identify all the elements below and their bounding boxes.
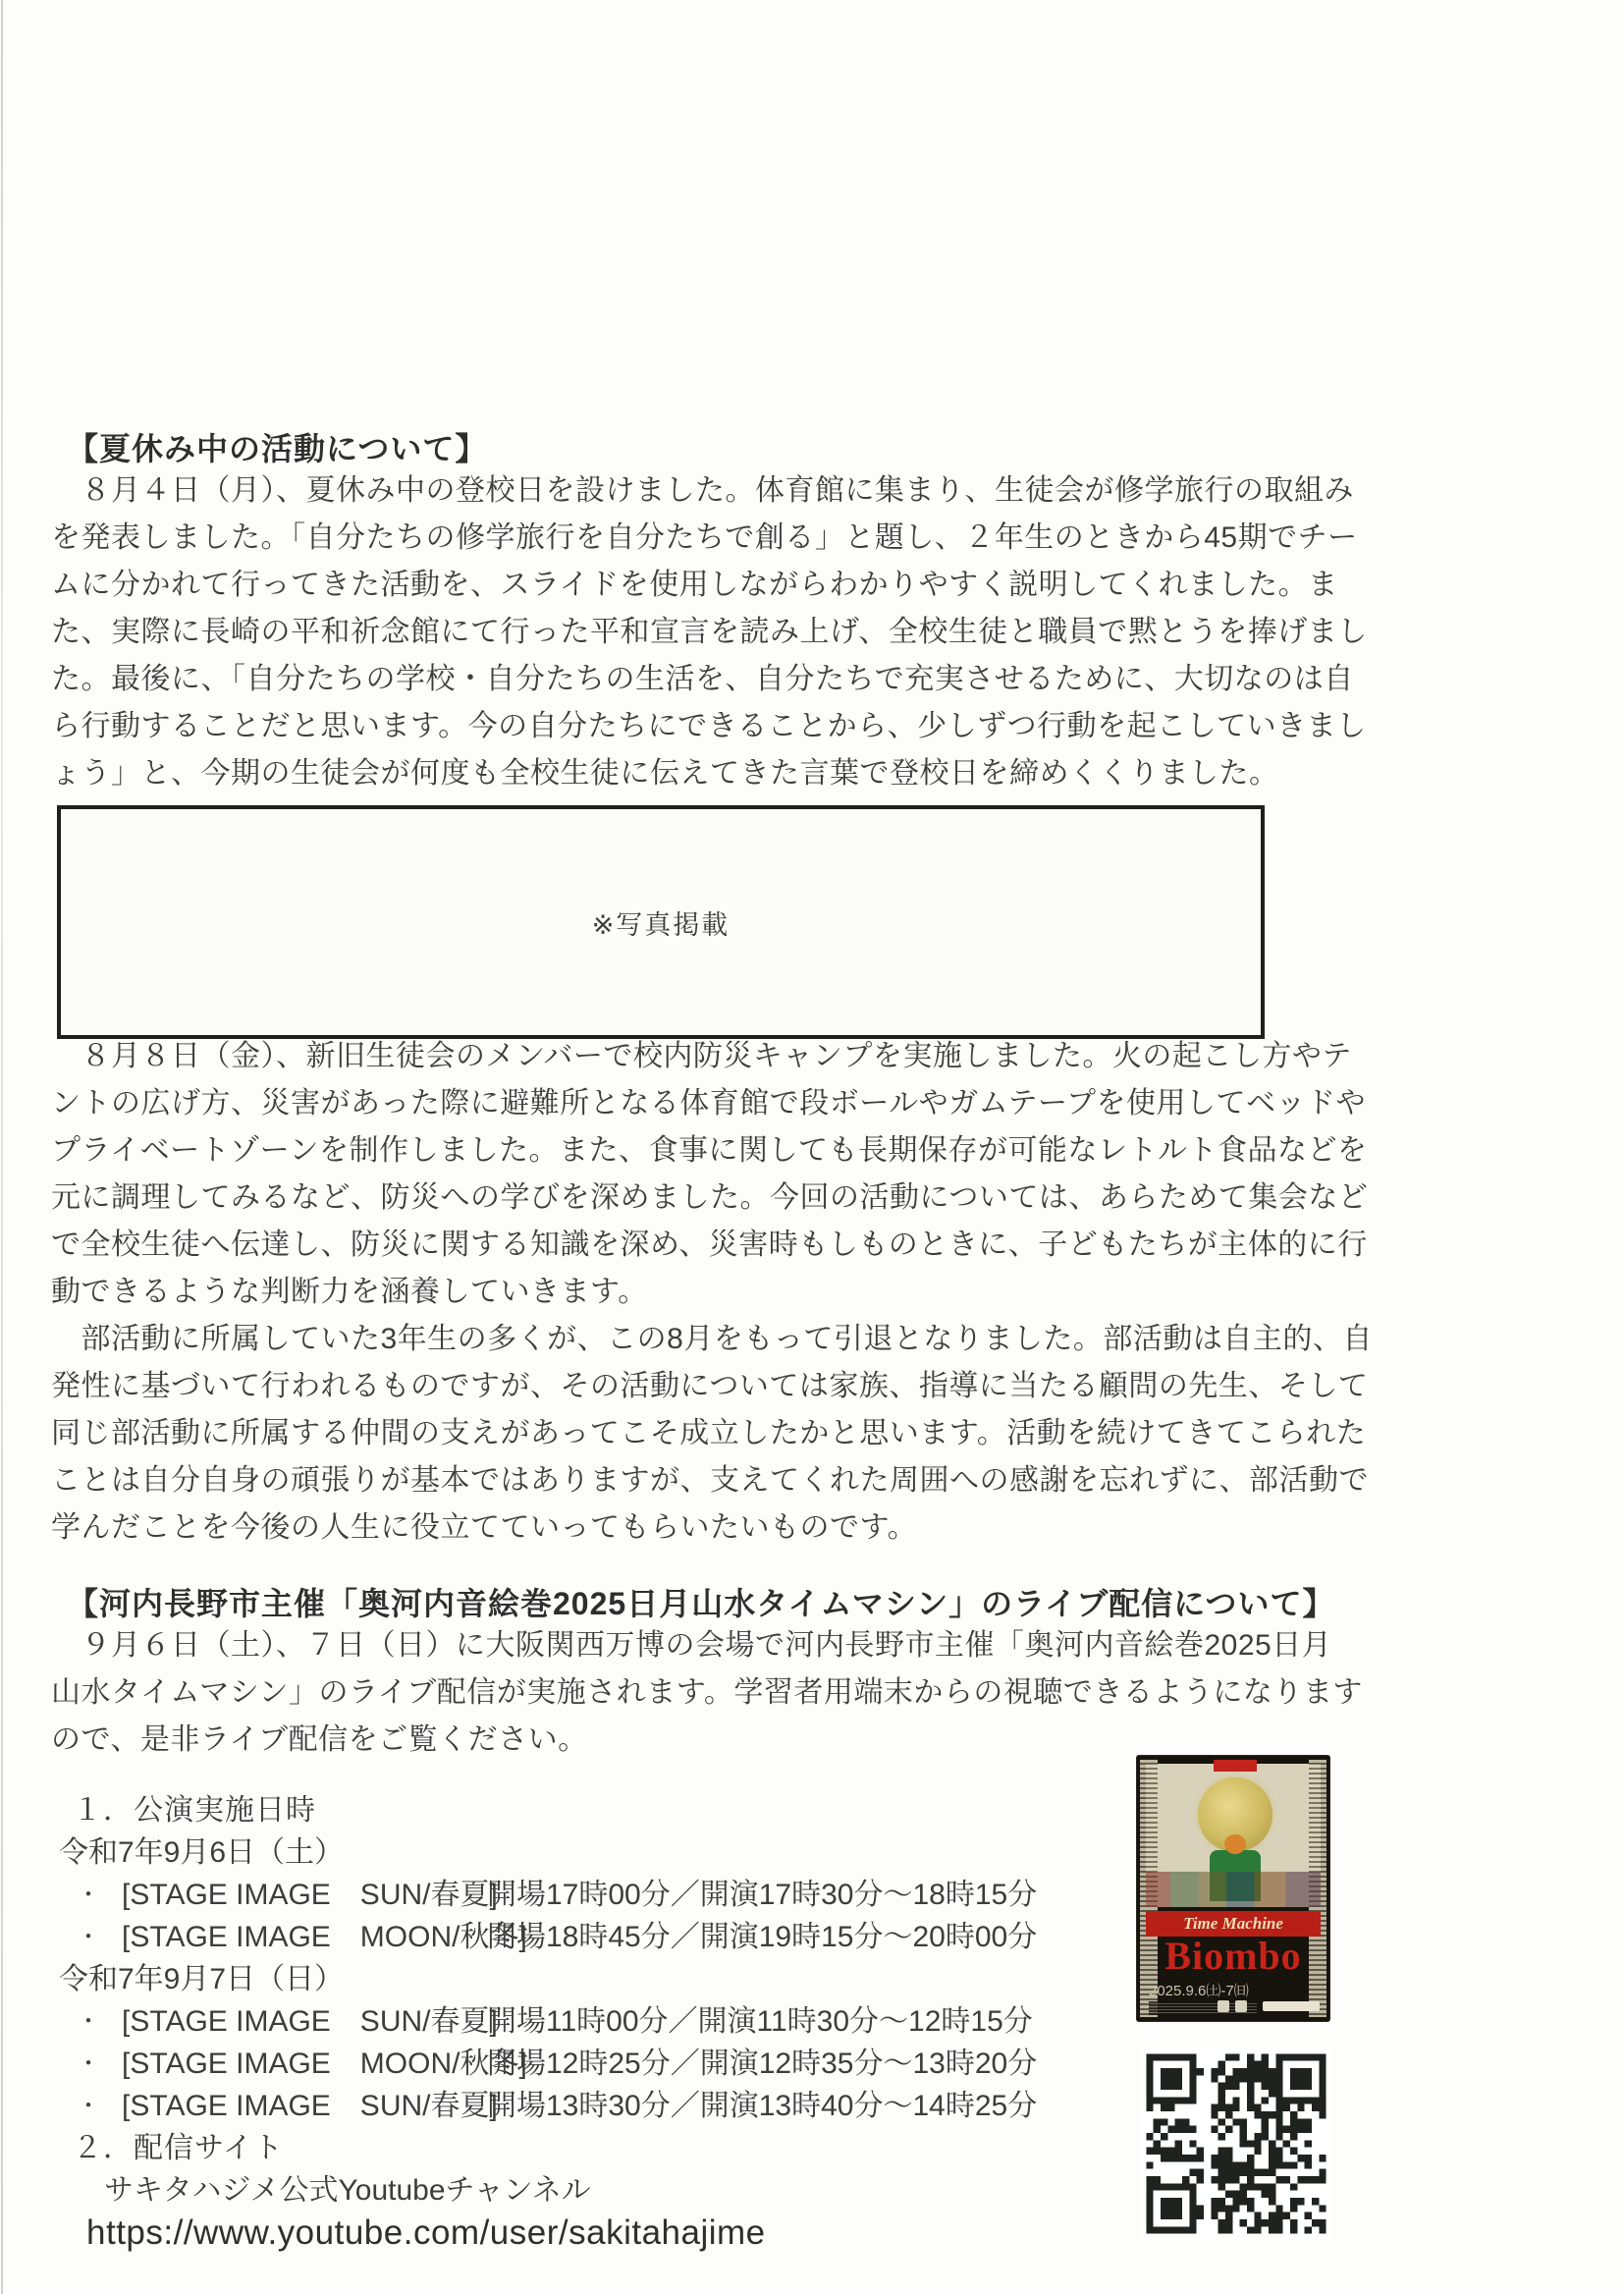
text-line: ことは自分自身の頑張りが基本ではありますが、支えてくれた周囲への感謝を忘れずに、… xyxy=(51,1457,1583,1504)
text-line: ８月８日（金）、新旧生徒会のメンバーで校内防災キャンプを実施しました。火の起こし… xyxy=(51,1033,1583,1080)
text-line: た。最後に、「自分たちの学校・自分たちの生活を、自分たちで充実させるために、大切… xyxy=(51,656,1583,703)
youtube-channel-url: https://www.youtube.com/user/sakitahajim… xyxy=(57,2212,1137,2254)
bullet-icon: ・ xyxy=(57,1874,122,1916)
show-time: 開場11時00分／開演11時30分～12時15分 xyxy=(487,2000,1033,2043)
scan-edge-artifact xyxy=(1,0,3,2294)
paragraph-school-day: ８月４日（月）、夏休み中の登校日を設けました。体育館に集まり、生徒会が修学旅行の… xyxy=(51,467,1583,797)
schedule-item1-title: １．公演実施日時 xyxy=(57,1789,1137,1831)
photo-placeholder-box: ※写真掲載 xyxy=(57,805,1265,1039)
show-time: 開場13時30分／開演13時40分～14時25分 xyxy=(487,2085,1037,2127)
text-line: ら行動することだと思います。今の自分たちにできることから、少しずつ行動を起こして… xyxy=(51,703,1583,750)
schedule-item2-title: ２．配信サイト xyxy=(57,2127,1137,2169)
poster-date: 2025.9.6㈯-7㈰ xyxy=(1149,1980,1249,2000)
text-line: 学んだことを今後の人生に役立てていってもらいたいものです。 xyxy=(51,1504,1583,1552)
text-line: 部活動に所属していた3年生の多くが、この8月をもって引退となりました。部活動は自… xyxy=(51,1316,1583,1363)
paragraph-live-stream-intro: ９月６日（土）、７日（日）に大阪関西万博の会場で河内長野市主催「奥河内音絵巻20… xyxy=(51,1622,1583,1764)
show-label: [STAGE IMAGE MOON/秋冬] xyxy=(122,1916,487,1958)
text-line: プライベートゾーンを制作しました。また、食事に関しても長期保存が可能なレトルト食… xyxy=(51,1127,1583,1174)
text-line: ょう」と、今期の生徒会が何度も全校生徒に伝えてきた言葉で登校日を締めくくりました… xyxy=(51,750,1583,797)
poster-logo-pill xyxy=(1263,2001,1320,2011)
show-time: 開場12時25分／開演12時35分～13時20分 xyxy=(487,2043,1037,2085)
text-line: ９月６日（土）、７日（日）に大阪関西万博の会場で河内長野市主催「奥河内音絵巻20… xyxy=(51,1622,1583,1669)
poster-logo-dot xyxy=(1235,2000,1247,2012)
schedule-day1: 令和7年9月6日（土） xyxy=(57,1831,1137,1874)
schedule-show-row: ・ [STAGE IMAGE SUN/春夏] 開場13時30分／開演13時40分… xyxy=(57,2085,1137,2127)
text-line: 同じ部活動に所属する仲間の支えがあってこそ成立したかと思います。活動を続けてきて… xyxy=(51,1410,1583,1457)
qr-code xyxy=(1139,2047,1333,2241)
show-label: [STAGE IMAGE SUN/春夏] xyxy=(122,2085,487,2127)
show-time: 開場18時45分／開演19時15分～20時00分 xyxy=(487,1916,1037,1958)
schedule-show-row: ・ [STAGE IMAGE SUN/春夏] 開場11時00分／開演11時30分… xyxy=(57,2000,1137,2043)
show-label: [STAGE IMAGE SUN/春夏] xyxy=(122,1874,487,1916)
schedule-day2: 令和7年9月7日（日） xyxy=(57,1958,1137,2000)
performer-head xyxy=(1224,1834,1246,1854)
paragraph-disaster-camp: ８月８日（金）、新旧生徒会のメンバーで校内防災キャンプを実施しました。火の起こし… xyxy=(51,1033,1583,1316)
bullet-icon: ・ xyxy=(57,2000,122,2043)
schedule-show-row: ・ [STAGE IMAGE MOON/秋冬] 開場12時25分／開演12時35… xyxy=(57,2043,1137,2085)
poster-red-tag xyxy=(1214,1760,1257,1772)
poster-crowd-strip xyxy=(1146,1872,1321,1907)
text-line: 山水タイムマシン」のライブ配信が実施されます。学習者用端末からの視聴できるように… xyxy=(51,1669,1583,1717)
text-line: ムに分かれて行ってきた活動を、スライドを使用しながらわかりやすく説明してくれまし… xyxy=(51,562,1583,609)
performance-schedule: １．公演実施日時 令和7年9月6日（土） ・ [STAGE IMAGE SUN/… xyxy=(57,1789,1137,2254)
section-heading-summer-activities: 【夏休み中の活動について】 xyxy=(67,424,487,469)
text-line: 動できるような判断力を涵養していきます。 xyxy=(51,1269,1583,1316)
text-line: 発性に基づいて行われるものですが、その活動については家族、指導に当たる顧問の先生… xyxy=(51,1363,1583,1410)
photo-placeholder-label: ※写真掲載 xyxy=(592,903,731,942)
text-line: た、実際に長崎の平和祈念館にて行った平和宣言を読み上げ、全校生徒と職員で黙とうを… xyxy=(51,609,1583,656)
youtube-channel-name: サキタハジメ公式Youtubeチャンネル xyxy=(57,2169,1137,2212)
scanned-newsletter-page: 【夏休み中の活動について】 ８月４日（月）、夏休み中の登校日を設けました。体育館… xyxy=(0,0,1624,2294)
text-line: を発表しました。「自分たちの修学旅行を自分たちで創る」と題し、２年生のときから4… xyxy=(51,515,1583,562)
schedule-show-row: ・ [STAGE IMAGE MOON/秋冬] 開場18時45分／開演19時15… xyxy=(57,1916,1137,1958)
section-heading-live-stream: 【河内長野市主催「奥河内音絵巻2025日月山水タイムマシン」のライブ配信について… xyxy=(67,1579,1335,1624)
show-label: [STAGE IMAGE SUN/春夏] xyxy=(122,2000,487,2043)
bullet-icon: ・ xyxy=(57,1916,122,1958)
text-line: ントの広げ方、災害があった際に避難所となる体育館で段ボールやガムテープを使用して… xyxy=(51,1080,1583,1127)
bullet-icon: ・ xyxy=(57,2043,122,2085)
show-time: 開場17時00分／開演17時30分～18時15分 xyxy=(487,1874,1037,1916)
poster-title-line2: Biombo xyxy=(1137,1935,1329,1978)
bullet-icon: ・ xyxy=(57,2085,122,2127)
text-line: ８月４日（月）、夏休み中の登校日を設けました。体育館に集まり、生徒会が修学旅行の… xyxy=(51,467,1583,515)
poster-logo-dot xyxy=(1218,2000,1229,2012)
text-line: ので、是非ライブ配信をご覧ください。 xyxy=(51,1717,1583,1764)
paragraph-club-retirement: 部活動に所属していた3年生の多くが、この8月をもって引退となりました。部活動は自… xyxy=(51,1316,1583,1552)
event-poster-thumbnail: Time Machine Biombo 2025.9.6㈯-7㈰ xyxy=(1137,1756,1329,2021)
schedule-show-row: ・ [STAGE IMAGE SUN/春夏] 開場17時00分／開演17時30分… xyxy=(57,1874,1137,1916)
poster-title-line1: Time Machine xyxy=(1183,1914,1283,1934)
text-line: 元に調理してみるなど、防災への学びを深めました。今回の活動については、あらためて… xyxy=(51,1174,1583,1222)
text-line: で全校生徒へ伝達し、防災に関する知識を深め、災害時もしものときに、子どもたちが主… xyxy=(51,1222,1583,1269)
show-label: [STAGE IMAGE MOON/秋冬] xyxy=(122,2043,487,2085)
